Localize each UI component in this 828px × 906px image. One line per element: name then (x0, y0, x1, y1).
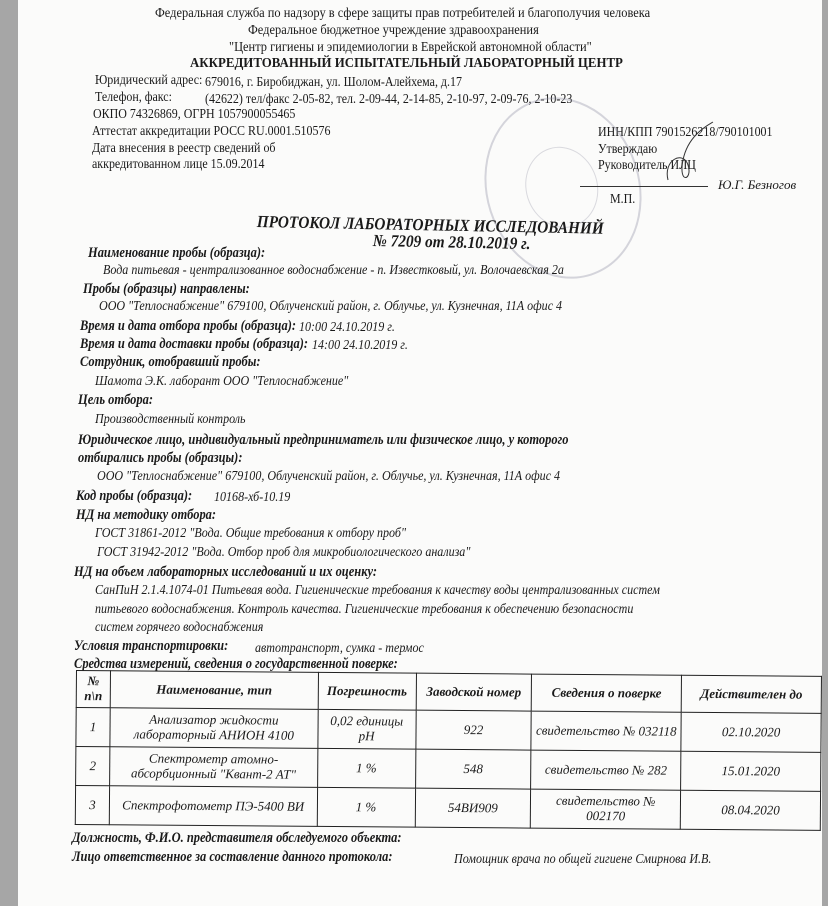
representative-label: Должность, Ф.И.О. представителя обследуе… (72, 830, 402, 847)
cell-accuracy: 0,02 единицы pH (318, 709, 416, 749)
header-center: "Центр гигиены и эпидемиологии в Еврейск… (229, 39, 592, 55)
cell-verification: свидетельство № 032118 (531, 711, 681, 751)
table-row: 1 Анализатор жидкости лабораторный АНИОН… (76, 708, 821, 753)
method-label: НД на методику отбора: (76, 507, 216, 524)
cell-verification: свидетельство № 002170 (531, 789, 681, 829)
document-page: Федеральная служба по надзору в сфере за… (18, 0, 822, 906)
okpo-ogrn: ОКПО 74326869, ОГРН 1057900055465 (93, 106, 295, 122)
instruments-table: № п\п Наименование, тип Погрешность Заво… (75, 670, 822, 831)
cell-valid-until: 02.10.2020 (681, 712, 821, 752)
employee-value: Шамота Э.К. лаборант ООО "Теплоснабжение… (95, 374, 348, 390)
purpose-label: Цель отбора: (78, 392, 153, 409)
cell-serial: 922 (415, 710, 531, 750)
method-value-1: ГОСТ 31861-2012 "Вода. Общие требования … (95, 526, 406, 542)
col-header-valid-until: Действителен до (681, 675, 821, 713)
cell-name: Анализатор жидкости лабораторный АНИОН 4… (110, 708, 318, 749)
table-row: 3 Спектрофотометр ПЭ-5400 ВИ 1 % 54ВИ909… (75, 786, 820, 831)
table-row: 2 Спектрометр атомно-абсорбционный "Кван… (76, 747, 821, 792)
code-value: 10168-хб-10.19 (214, 490, 290, 506)
cell-number: 3 (75, 786, 109, 825)
sample-name-label: Наименование пробы (образца): (88, 245, 265, 262)
cell-valid-until: 15.01.2020 (681, 751, 821, 791)
code-label: Код пробы (образца): (76, 488, 192, 505)
table-header-row: № п\п Наименование, тип Погрешность Заво… (76, 671, 821, 714)
employee-label: Сотрудник, отобравший пробы: (80, 354, 261, 371)
cell-accuracy: 1 % (317, 748, 415, 788)
registry-line-1: Дата внесения в реестр сведений об (92, 140, 276, 156)
scope-value-3: систем горячего водоснабжения (95, 620, 263, 636)
cell-name: Спектрофотометр ПЭ-5400 ВИ (109, 786, 317, 827)
signer-name: Ю.Г. Безногов (718, 177, 796, 193)
cell-serial: 54ВИ909 (415, 788, 531, 828)
col-header-serial: Заводской номер (416, 673, 532, 711)
signature-icon (658, 120, 718, 190)
purpose-value: Производственный контроль (95, 412, 246, 428)
cell-name: Спектрометр атомно-абсорбционный "Квант-… (110, 747, 318, 788)
col-header-verification: Сведения о поверке (532, 674, 682, 712)
sampling-time-value: 10:00 24.10.2019 г. (299, 320, 395, 336)
seal-mark: М.П. (610, 191, 635, 207)
col-header-number: № п\п (76, 671, 110, 708)
protocol-number: № 7209 от 28.10.2019 г. (373, 231, 531, 254)
responsible-value: Помощник врача по общей гигиене Смирнова… (454, 852, 711, 868)
address-label: Юридический адрес: (95, 72, 202, 88)
address-value: 679016, г. Биробиджан, ул. Шолом-Алейхем… (205, 74, 462, 90)
approval-text: Утверждаю (598, 141, 657, 157)
header-agency: Федеральная служба по надзору в сфере за… (155, 5, 650, 21)
sent-by-label: Пробы (образцы) направлены: (83, 281, 250, 298)
scope-value-1: СанПиН 2.1.4.1074-01 Питьевая вода. Гиги… (95, 583, 660, 599)
delivery-time-value: 14:00 24.10.2019 г. (312, 338, 408, 354)
cell-number: 1 (76, 708, 110, 747)
cell-number: 2 (76, 747, 110, 786)
sent-by-value: ООО "Теплоснабжение" 679100, Облученский… (99, 299, 562, 315)
cell-valid-until: 08.04.2020 (680, 790, 820, 830)
method-value-2: ГОСТ 31942-2012 "Вода. Отбор проб для ми… (97, 545, 470, 561)
sample-name-value: Вода питьевая - централизованное водосна… (103, 263, 564, 279)
header-lab: АККРЕДИТОВАННЫЙ ИСПЫТАТЕЛЬНЫЙ ЛАБОРАТОРН… (190, 56, 623, 72)
cell-accuracy: 1 % (317, 787, 415, 827)
phone-value: (42622) тел/факс 2-05-82, тел. 2-09-44, … (205, 91, 572, 107)
phone-label: Телефон, факс: (95, 89, 172, 105)
sampling-time-label: Время и дата отбора пробы (образца): (80, 318, 296, 335)
scope-value-2: питьевого водоснабжения. Контроль качест… (95, 602, 633, 618)
entity-value: ООО "Теплоснабжение" 679100, Облученский… (97, 469, 560, 485)
accreditation: Аттестат аккредитации РОСС RU.0001.51057… (92, 123, 330, 139)
cell-verification: свидетельство № 282 (531, 750, 681, 790)
responsible-label: Лицо ответственное за составление данног… (72, 849, 392, 866)
transport-label: Условия транспортировки: (74, 638, 228, 655)
scope-label: НД на объем лабораторных исследований и … (74, 564, 377, 581)
col-header-accuracy: Погрешность (318, 672, 416, 710)
entity-label-line-2: отбирались пробы (образцы): (78, 450, 242, 467)
delivery-time-label: Время и дата доставки пробы (образца): (80, 336, 308, 353)
cell-serial: 548 (415, 749, 531, 789)
col-header-name: Наименование, тип (110, 671, 318, 710)
signature-line (580, 186, 708, 187)
transport-value: автотранспорт, сумка - термос (255, 641, 424, 657)
entity-label-line-1: Юридическое лицо, индивидуальный предпри… (78, 432, 568, 449)
registry-line-2: аккредитованном лице 15.09.2014 (92, 156, 265, 172)
header-institution: Федеральное бюджетное учреждение здравоо… (248, 22, 539, 38)
